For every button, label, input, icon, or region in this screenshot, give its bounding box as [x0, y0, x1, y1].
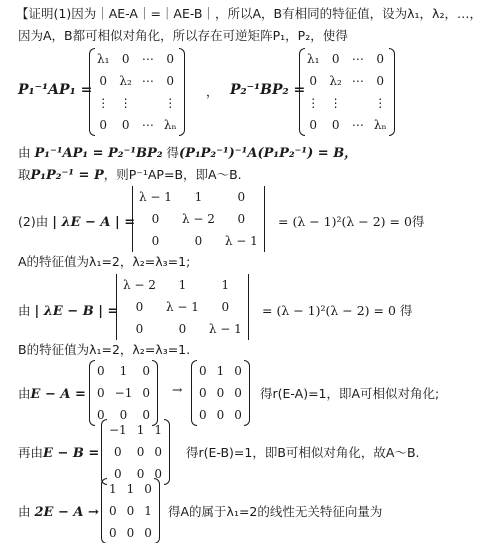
matrix-cell: 0 [161, 318, 204, 340]
matrix-cell: 0 [134, 208, 177, 230]
right-bar [259, 186, 265, 252]
matrix-row: 0−10 [92, 382, 155, 404]
matrix-row: 0λ₂⋯0 [92, 70, 182, 92]
matrix-cell: 0 [220, 186, 263, 208]
matrix-cell: 0 [134, 230, 177, 252]
matrix-cell: 0 [302, 114, 324, 136]
left-bar [116, 274, 122, 340]
matrix-row: 010 [92, 360, 155, 382]
matrix-row: λ − 211 [118, 274, 247, 296]
matrix-e-minus-a: 0100−10000 [92, 360, 155, 426]
matrix-row: 00⋯λₙ [92, 114, 182, 136]
matrix-cell: ⋯ [347, 114, 369, 136]
arrow-icon: → [172, 382, 182, 397]
matrix-row: 000 [104, 441, 167, 463]
matrix-e-minus-a-reduced: 010000000 [194, 360, 247, 426]
matrix-cell: 0 [118, 318, 161, 340]
determinant-lambda-e-minus-a: λ − 1100λ − 2000λ − 1 [134, 186, 263, 252]
proof-2e-minus-a-line: 由 2E − A → [18, 502, 99, 520]
matrix-cell: λ − 1 [161, 296, 204, 318]
matrix-cell: −1 [110, 382, 138, 404]
matrix-e-minus-b: −111000000 [104, 419, 167, 485]
matrix-cell: 1 [204, 274, 247, 296]
matrix-cell: 0 [212, 382, 230, 404]
matrix-row: 0λ − 20 [134, 208, 263, 230]
eigenvalues-a: A的特征值为λ₁=2，λ₂=λ₃=1; [18, 252, 190, 270]
matrix-row: 110 [104, 478, 157, 500]
eigenvalues-b: B的特征值为λ₁=2，λ₂=λ₃=1. [18, 340, 190, 358]
matrix-row: ⋮⋮⋮ [92, 92, 182, 114]
matrix-cell: ⋮ [92, 92, 114, 114]
matrix-cell: 0 [114, 114, 136, 136]
matrix-cell: 0 [324, 114, 346, 136]
rank-e-minus-b: 得r(E-B)=1，即B可相似对角化，故A～B. [186, 443, 420, 461]
matrix-row: λ₁0⋯0 [302, 48, 392, 70]
matrix-row: 001 [104, 500, 157, 522]
matrix-row: ⋮⋮⋮ [302, 92, 392, 114]
eq-p2-inverse-b-p2: P₂⁻¹BP₂ = [230, 82, 305, 98]
matrix-cell: 0 [118, 296, 161, 318]
matrix-cell: 0 [104, 441, 132, 463]
proof-line-2: 因为A，B都可相似对角化，所以存在可逆矩阵P₁，P₂，使得 [18, 26, 348, 44]
matrix-diag-a: λ₁0⋯00λ₂⋯0⋮⋮⋮00⋯λₙ [92, 48, 182, 136]
char-poly-a: = (λ − 1)²(λ − 2) = 0得 [278, 212, 424, 230]
right-paren [244, 360, 250, 426]
matrix-row: 00λ − 1 [118, 318, 247, 340]
matrix-cell: 0 [132, 441, 150, 463]
matrix-row: 0λ₂⋯0 [302, 70, 392, 92]
eq-p1-inverse-a-p1: P₁⁻¹AP₁ = [18, 82, 92, 98]
proof-e-minus-b-line: 再由E − B = [18, 443, 99, 461]
proof-line-1: 【证明(1)因为｜AE-A｜=｜AE-B｜，所以A，B有相同的特征值，设为λ₁，… [16, 4, 478, 22]
matrix-cell: −1 [104, 419, 132, 441]
matrix-2e-minus-a: 110001000 [104, 478, 157, 543]
matrix-row: 00⋯λₙ [302, 114, 392, 136]
right-paren [164, 419, 170, 485]
matrix-cell: 0 [122, 522, 140, 543]
proof-line-4: 取P₁P₂⁻¹ = P，则P⁻¹AP=B，即A～B. [18, 165, 242, 183]
matrix-cell: λ − 2 [177, 208, 220, 230]
rank-e-minus-a: 得r(E-A)=1，即A可相似对角化; [260, 384, 439, 402]
matrix-row: 00λ − 1 [134, 230, 263, 252]
matrix-cell: λ − 2 [118, 274, 161, 296]
matrix-cell: 1 [122, 478, 140, 500]
matrix-cell: 0 [302, 70, 324, 92]
matrix-cell [347, 92, 369, 114]
left-paren [101, 478, 107, 543]
matrix-cell: 1 [132, 419, 150, 441]
matrix-row: 010 [194, 360, 247, 382]
matrix-cell: λ₂ [114, 70, 136, 92]
matrix-cell: λ − 1 [220, 230, 263, 252]
matrix-cell: 0 [122, 500, 140, 522]
left-paren [101, 419, 107, 485]
matrix-cell: λ₁ [92, 48, 114, 70]
matrix-cell: λ − 1 [204, 318, 247, 340]
right-paren [154, 478, 160, 543]
proof-e-minus-a-line: 由E − A = [18, 384, 86, 402]
matrix-row: 000 [194, 404, 247, 426]
proof-det-b-line: 由 | λE − B | = [18, 301, 118, 319]
matrix-cell: 1 [161, 274, 204, 296]
matrix-cell: λ₂ [324, 70, 346, 92]
matrix-cell: λ₁ [302, 48, 324, 70]
matrix-row: λ₁0⋯0 [92, 48, 182, 70]
left-paren [191, 360, 197, 426]
matrix-cell: ⋮ [302, 92, 324, 114]
matrix-row: λ − 110 [134, 186, 263, 208]
proof-line-3: 由 P₁⁻¹AP₁ = P₂⁻¹BP₂ 得(P₁P₂⁻¹)⁻¹A(P₁P₂⁻¹)… [18, 142, 357, 161]
matrix-cell: 0 [177, 230, 220, 252]
left-bar [132, 186, 138, 252]
matrix-cell: ⋯ [137, 48, 159, 70]
left-paren [89, 360, 95, 426]
matrix-cell: ⋮ [114, 92, 136, 114]
comma-separator: ， [206, 82, 219, 100]
matrix-cell: 0 [204, 296, 247, 318]
right-paren [179, 48, 185, 136]
left-paren [299, 48, 305, 136]
matrix-cell: ⋮ [324, 92, 346, 114]
matrix-row: 000 [104, 522, 157, 543]
right-paren [389, 48, 395, 136]
matrix-cell: 0 [212, 404, 230, 426]
right-paren [152, 360, 158, 426]
matrix-row: 0λ − 10 [118, 296, 247, 318]
eigenvector-statement: 得A的属于λ₁=2的线性无关特征向量为 [168, 502, 382, 520]
matrix-cell: 0 [220, 208, 263, 230]
matrix-cell: ⋯ [347, 48, 369, 70]
matrix-cell [137, 92, 159, 114]
matrix-cell: ⋯ [137, 70, 159, 92]
matrix-cell: ⋯ [347, 70, 369, 92]
matrix-diag-b: λ₁0⋯00λ₂⋯0⋮⋮⋮00⋯λₙ [302, 48, 392, 136]
determinant-lambda-e-minus-b: λ − 2110λ − 1000λ − 1 [118, 274, 247, 340]
matrix-row: −111 [104, 419, 167, 441]
right-bar [243, 274, 249, 340]
matrix-cell: 1 [212, 360, 230, 382]
matrix-row: 000 [194, 382, 247, 404]
char-poly-b: = (λ − 1)²(λ − 2) = 0 得 [262, 301, 412, 319]
matrix-cell: 0 [92, 70, 114, 92]
matrix-cell: 0 [114, 48, 136, 70]
matrix-cell: 0 [92, 114, 114, 136]
matrix-cell: 1 [177, 186, 220, 208]
matrix-cell: 1 [110, 360, 138, 382]
matrix-cell: 0 [324, 48, 346, 70]
matrix-cell: ⋯ [137, 114, 159, 136]
matrix-cell: λ − 1 [134, 186, 177, 208]
left-paren [89, 48, 95, 136]
proof-part-2-start: (2)由 | λE − A | = [18, 212, 135, 230]
